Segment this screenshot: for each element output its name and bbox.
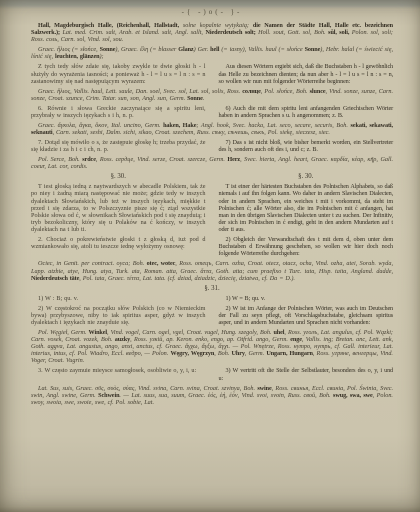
polyglot-list-swine: Lat. Sus, suis, Graec. σῦς, συὸς, σύας, …: [31, 385, 393, 406]
german-column: 7) Das s ist nicht bloß, wie bisher beme…: [219, 139, 394, 153]
german-column: 3) W vertritt oft die Stelle der Selbstl…: [219, 367, 394, 381]
polyglot-list-hell: Graec. ἥλιος (= słońce, Sonne), Graec. ἕ…: [31, 46, 393, 60]
section-number-left: §. 30.: [31, 173, 206, 180]
polish-column: T iest głoską iedną z naytwardszych w ab…: [31, 183, 206, 233]
bilingual-row-section30: T iest głoską iedną z naytwardszych w ab…: [31, 183, 393, 233]
bilingual-row-item7: 7. Dotąd się mówiło o s, że zastępuie gł…: [31, 139, 393, 153]
bilingual-row-item6: 6. Równie i słowa Greckie zaczynaiące si…: [31, 105, 393, 119]
polyglot-list-hook: Graec. ἄγκυλα, ἄγκα, ὄκον, Ital. uncino,…: [31, 122, 393, 136]
polish-column: 2) W częstokroć na początku słów Polskic…: [31, 305, 206, 326]
german-column: 2) Obgleich der Verwandtschaft des t mit…: [219, 236, 394, 257]
bilingual-row-item1-w: 1) W : B; qu. v. 1) W = B; qu. v.: [31, 295, 393, 302]
german-column: Aus diesen Wörtern ergiebt sich, daß die…: [219, 63, 394, 84]
section-heading-31: §. 31.: [31, 285, 393, 292]
section-heading-30: §. 30. §. 30.: [31, 173, 393, 180]
polish-column: Z tych tedy słów zdaie się, iakoby zwykl…: [31, 63, 206, 84]
polyglot-list-salt: Hall, Magdeburgisch Halle, (Reichenhall,…: [31, 22, 393, 43]
scanned-book-page: -{ -)o(- }- Hall, Magdeburgisch Halle, (…: [0, 0, 420, 512]
polyglot-list-father: Ociec, in Genit. per contract. oyca; Boh…: [31, 260, 393, 281]
german-column: 6) Auch die mit dem spiritu leni anfange…: [219, 105, 394, 119]
german-column: 1) W = B; qu. v.: [219, 295, 394, 302]
bilingual-row-item2-w: 2) W częstokroć na początku słów Polskic…: [31, 305, 393, 326]
bilingual-row-item2: 2. Chociaż o pokrewieństwie głoski t z g…: [31, 236, 393, 257]
polish-column: 7. Dotąd się mówiło o s, że zastępuie gł…: [31, 139, 206, 153]
polish-column: 1) W : B; qu. v.: [31, 295, 206, 302]
polyglot-list-heart: Pol. Serce, Boh. srdce, Ross. сердце, Vi…: [31, 156, 393, 170]
german-column: T ist einer der härtesten Buchstaben des…: [219, 183, 394, 233]
polyglot-list-sun: Graec. ἥλιος, Vallis. haul, Lett. saule,…: [31, 88, 393, 102]
page-content: -{ -)o(- }- Hall, Magdeburgisch Halle, (…: [31, 8, 393, 409]
bilingual-row-item3-w: 3. W często zaymuie mieysce samogłosek, …: [31, 367, 393, 381]
polish-column: 2. Chociaż o pokrewieństwie głoski t z g…: [31, 236, 206, 257]
polyglot-list-angle: Pol. Węgieł, Germ. Winkel, Vind. vogel, …: [31, 329, 393, 365]
bilingual-row-conclusion: Z tych tedy słów zdaie się, iakoby zwykl…: [31, 63, 393, 84]
polish-column: 6. Równie i słowa Greckie zaczynaiące si…: [31, 105, 206, 119]
polish-column: 3. W często zaymuie mieysce samogłosek, …: [31, 367, 206, 381]
german-column: 2) W ist im Anfange der Polnischen Wörte…: [219, 305, 394, 326]
section-number-right: §. 30.: [219, 173, 394, 180]
header-ornament: -{ -)o(- }-: [31, 8, 393, 16]
